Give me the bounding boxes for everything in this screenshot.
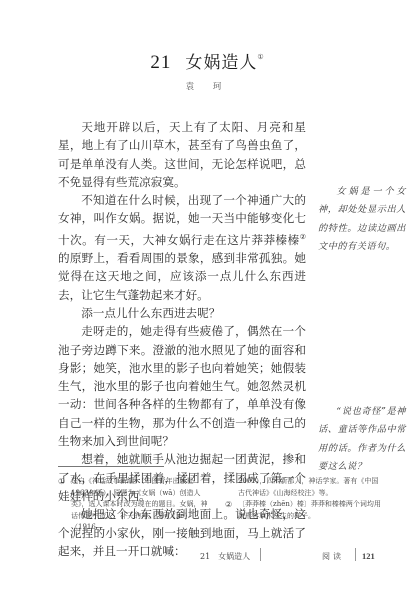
footnote-mark: ② <box>300 233 306 241</box>
footnotes-right-column: 2001），四川新都人，神话学家。著有《中国古代神话》《山海经校注》等。 ② 〔… <box>225 476 385 522</box>
footnote-1-continued: 2001），四川新都人，神话学家。著有《中国古代神话》《山海经校注》等。 <box>225 476 385 499</box>
footer-lesson-title: 21 女娲造人 <box>200 551 250 562</box>
footnote-text: 选自《神话故事新编》（中国青年出版社1963年版）。原题为《女娲（wā）创造人类… <box>71 477 208 531</box>
paragraph-part: 不知道在什么时候，出现了一个神通广大的女神，叫作女娲。据说，她一天当中能够变化七… <box>58 193 306 247</box>
footnote-text: 2001），四川新都人，神话学家。著有《中国古代神话》《山海经校注》等。 <box>238 477 378 497</box>
footer-divider <box>355 548 356 561</box>
footnote-1: ① 选自《神话故事新编》（中国青年出版社1963年版）。原题为《女娲（wā）创造… <box>58 476 208 534</box>
footnote-text: 〔莽莽榛（zhēn）榛〕莽莽和榛榛两个词均用来形容草木丛生的样子。 <box>238 500 381 520</box>
page-number: 121 <box>362 551 375 561</box>
footer-section: 阅读 <box>322 551 344 562</box>
paragraph: 走呀走的，她走得有些疲倦了，偶然在一个池子旁边蹲下来。澄澈的池水照见了她的面容和… <box>58 322 306 450</box>
footer-divider <box>260 548 261 561</box>
footnote-mark: ② <box>225 499 232 511</box>
lesson-number: 21 <box>150 52 171 73</box>
author: 袁 珂 <box>0 80 415 92</box>
footnote-divider <box>58 466 164 467</box>
footnotes-left-column: ① 选自《神话故事新编》（中国青年出版社1963年版）。原题为《女娲（wā）创造… <box>58 476 208 534</box>
title-footnote-mark: ① <box>257 53 264 61</box>
paragraph: 添一点儿什么东西进去呢？ <box>58 304 306 322</box>
paragraph: 天地开辟以后，天上有了太阳、月亮和星星，地上有了山川草木，甚至有了鸟兽虫鱼了，可… <box>58 118 306 191</box>
side-note: “说也奇怪”是神话、童话等作品中常用的话。作者为什么要这么说？ <box>318 403 406 476</box>
footnote-mark: ① <box>58 476 65 488</box>
paragraph-part: 的原野上，看看周围的景象，感到非常孤独。她觉得在这天地之间，应该添一点儿什么东西… <box>58 251 306 302</box>
side-note-text: 女娲是一个女神，却处处显示出人的特性。边读边画出文中的有关语句。 <box>318 183 406 256</box>
footnote-2: ② 〔莽莽榛（zhēn）榛〕莽莽和榛榛两个词均用来形容草木丛生的样子。 <box>225 499 385 522</box>
paragraph: 不知道在什么时候，出现了一个神通广大的女神，叫作女娲。据说，她一天当中能够变化七… <box>58 191 306 304</box>
lesson-title-text: 女娲造人 <box>185 53 257 73</box>
side-note: 女娲是一个女神，却处处显示出人的特性。边读边画出文中的有关语句。 <box>318 183 406 256</box>
lesson-title: 21女娲造人① <box>0 48 415 74</box>
side-note-text: “说也奇怪”是神话、童话等作品中常用的话。作者为什么要这么说？ <box>318 403 406 476</box>
